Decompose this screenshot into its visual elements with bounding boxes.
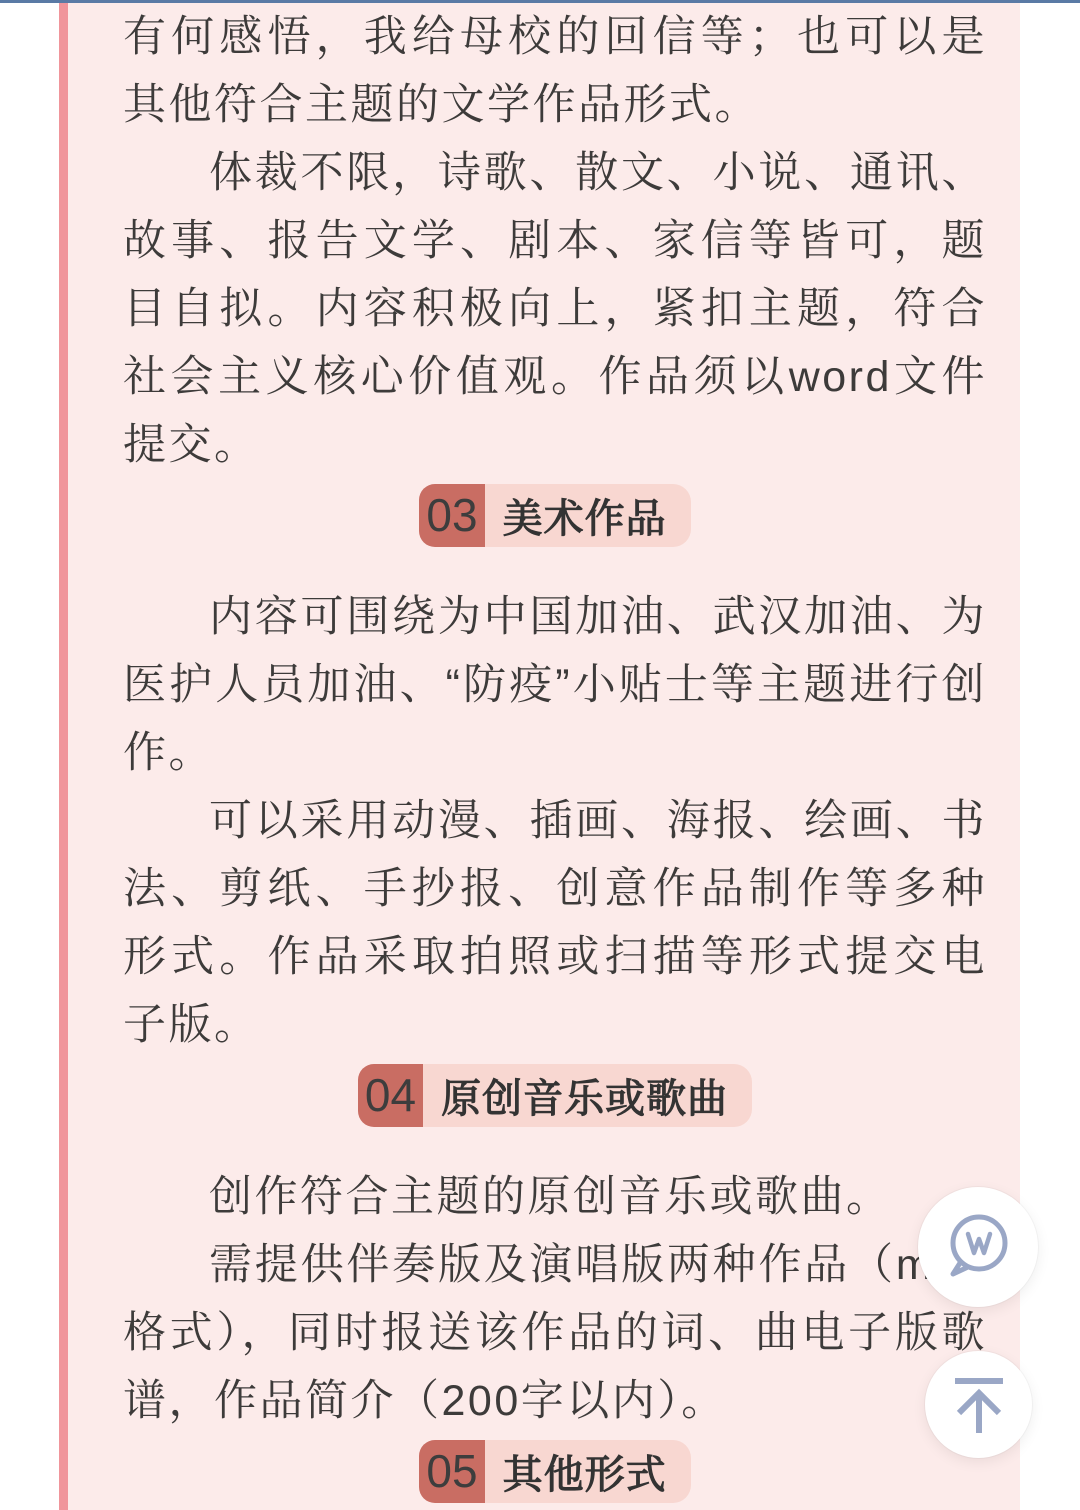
article-content: 有何感悟，我给母校的回信等；也可以是其他符合主题的文学作品形式。 体裁不限，诗歌…: [68, 3, 1020, 1510]
section-header-row-05: 05 其他形式: [123, 1440, 987, 1503]
paragraph-continuation: 有何感悟，我给母校的回信等；也可以是其他符合主题的文学作品形式。: [123, 3, 987, 139]
paragraph-music-requirements: 需提供伴奏版及演唱版两种作品（mp3格式），同时报送该作品的词、曲电子版歌谱，作…: [123, 1231, 987, 1435]
section-header-row-03: 03 美术作品: [123, 484, 987, 547]
section-header-row-04: 04 原创音乐或歌曲: [123, 1064, 987, 1127]
section-number-05: 05: [419, 1440, 484, 1503]
section-number-04: 04: [358, 1064, 423, 1127]
section-title-05: 其他形式: [485, 1440, 691, 1503]
section-badge-04: 04 原创音乐或歌曲: [358, 1064, 752, 1127]
top-divider-line: [0, 0, 1080, 3]
paragraph-genres: 体裁不限，诗歌、散文、小说、通讯、故事、报告文学、剧本、家信等皆可，题目自拟。内…: [123, 139, 987, 479]
back-to-top-button[interactable]: [925, 1351, 1032, 1458]
section-badge-05: 05 其他形式: [419, 1440, 690, 1503]
comment-bubble-button[interactable]: [918, 1187, 1038, 1307]
section-badge-03: 03 美术作品: [419, 484, 690, 547]
paragraph-music-intro: 创作符合主题的原创音乐或歌曲。: [123, 1163, 987, 1231]
paragraph-art-forms: 可以采用动漫、插画、海报、绘画、书法、剪纸、手抄报、创意作品制作等多种形式。作品…: [123, 787, 987, 1059]
back-to-top-icon: [949, 1373, 1009, 1437]
section-title-03: 美术作品: [485, 484, 691, 547]
section-title-04: 原创音乐或歌曲: [423, 1064, 752, 1127]
paragraph-art-topics: 内容可围绕为中国加油、武汉加油、为医护人员加油、“防疫”小贴士等主题进行创作。: [123, 583, 987, 787]
section-number-03: 03: [419, 484, 484, 547]
left-accent-bar: [59, 3, 68, 1510]
w-speech-bubble-icon: [942, 1211, 1014, 1283]
